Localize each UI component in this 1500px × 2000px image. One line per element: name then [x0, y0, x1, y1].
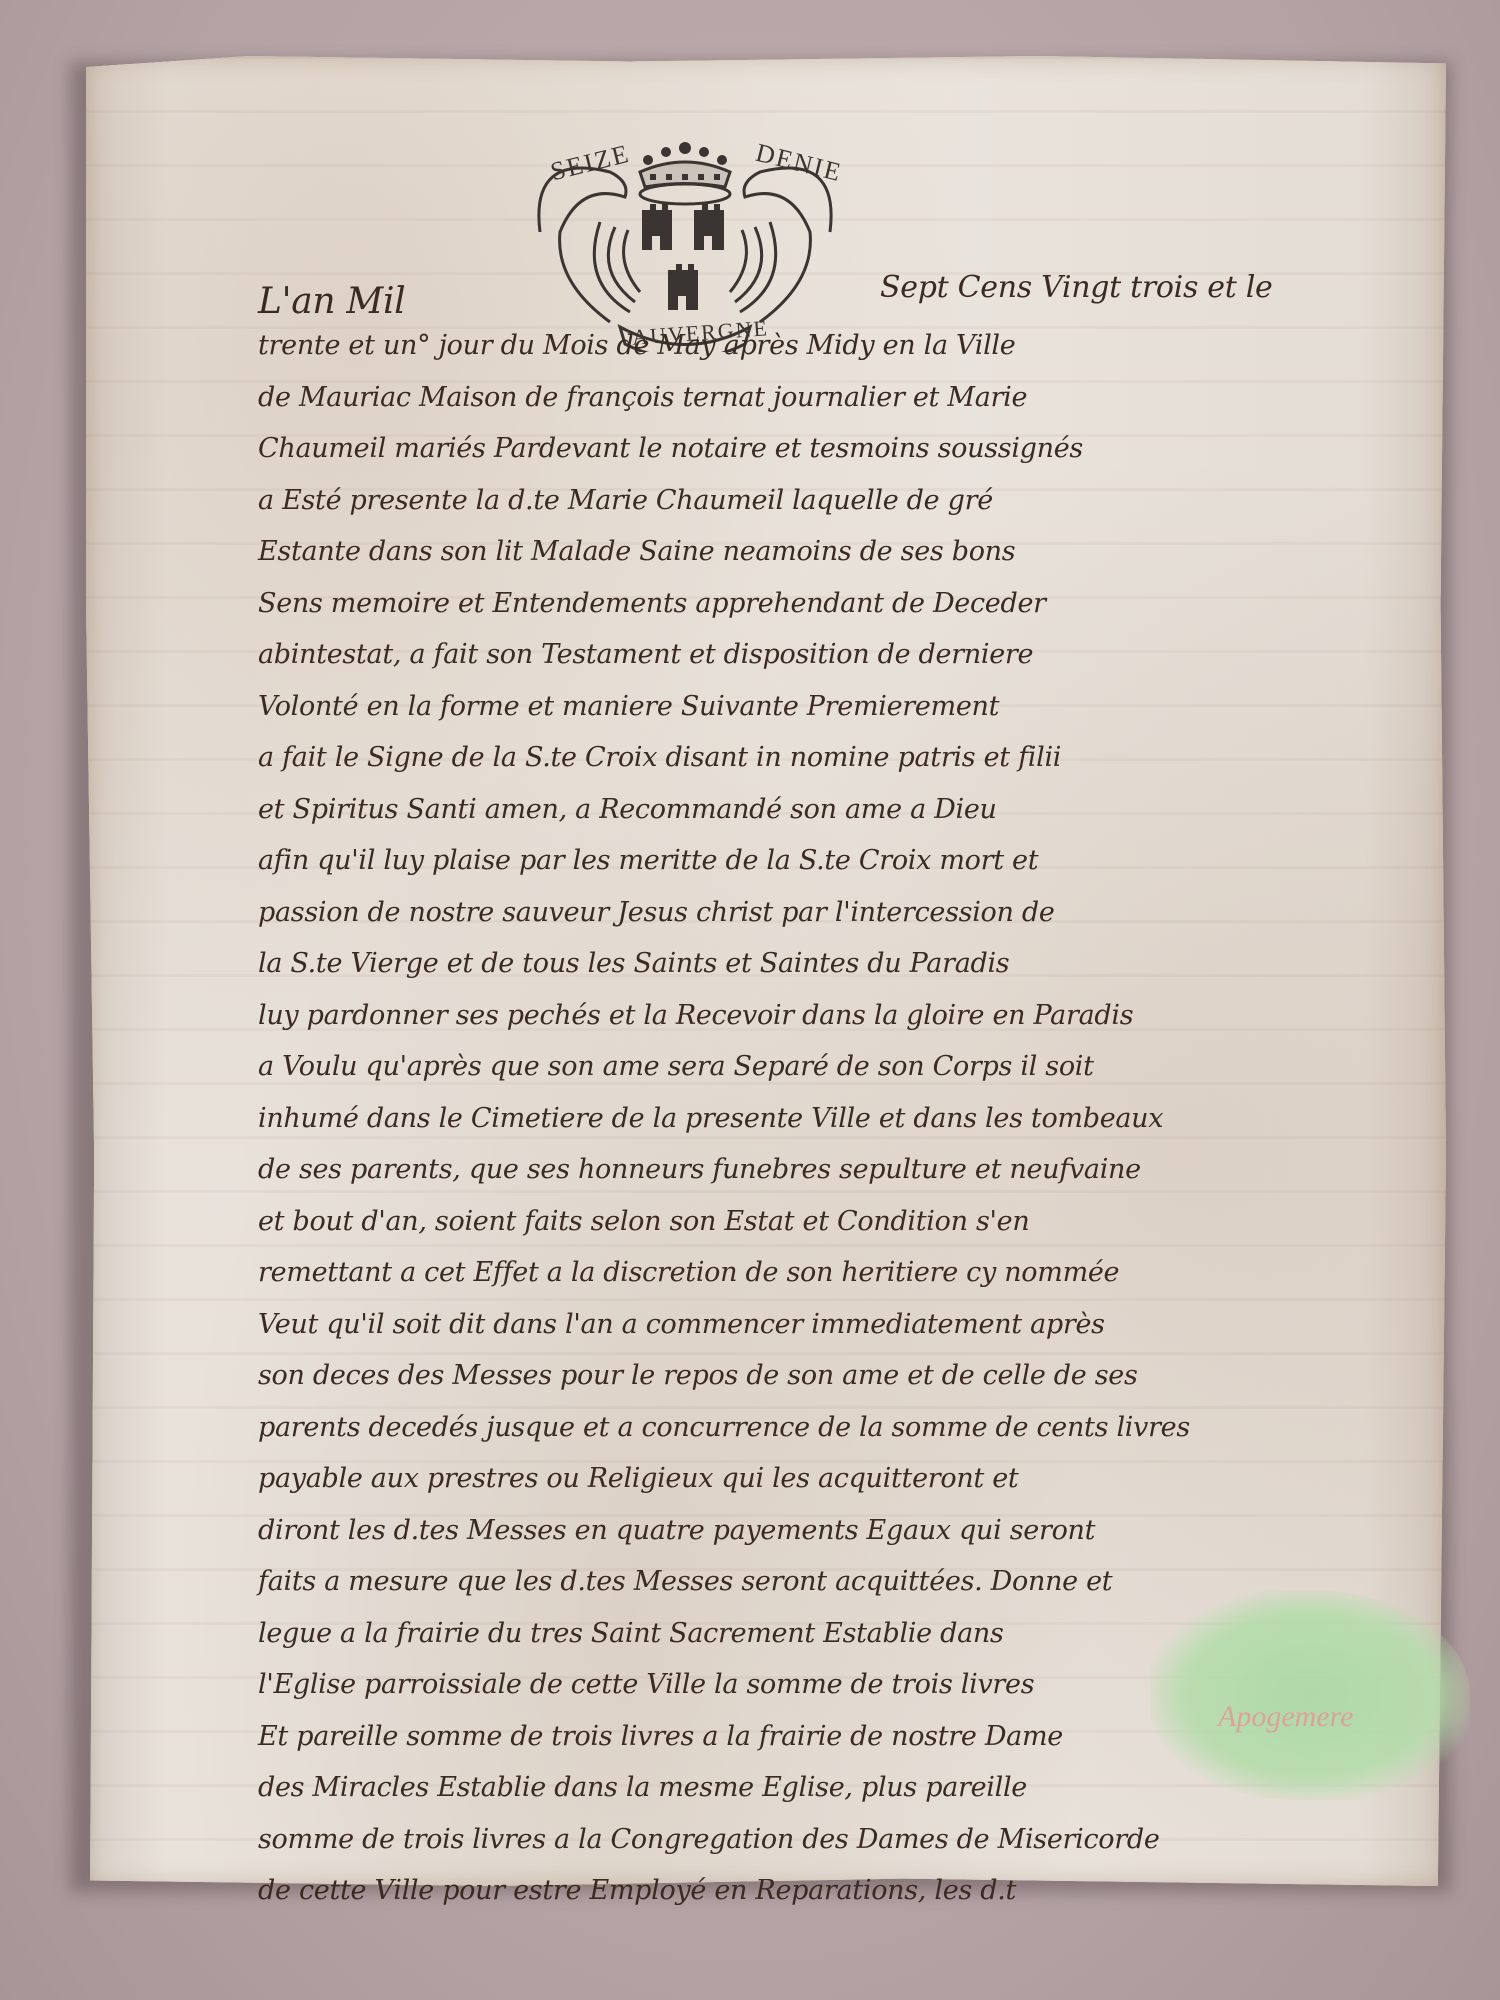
text-line: somme de trois livres a la Congregation …	[258, 1814, 1418, 1866]
heading-right: Sept Cens Vingt trois et le	[880, 262, 1273, 314]
text-line: abintestat, a fait son Testament et disp…	[258, 629, 1418, 681]
watermark-blob	[1150, 1590, 1470, 1800]
text-line: son deces des Messes pour le repos de so…	[258, 1350, 1418, 1402]
text-line: Estante dans son lit Malade Saine neamoi…	[258, 526, 1418, 578]
text-line: payable aux prestres ou Religieux qui le…	[258, 1453, 1418, 1505]
tax-stamp: SEIZE DENIE AUVERGNE	[520, 112, 850, 352]
text-line: trente et un° jour du Mois de May après …	[258, 320, 1418, 372]
text-line: Chaumeil mariés Pardevant le notaire et …	[258, 423, 1418, 475]
text-line: passion de nostre sauveur Jesus christ p…	[258, 887, 1418, 939]
text-line: de ses parents, que ses honneurs funebre…	[258, 1144, 1418, 1196]
text-line: et Spiritus Santi amen, a Recommandé son…	[258, 784, 1418, 836]
text-line: Sens memoire et Entendements apprehendan…	[258, 578, 1418, 630]
text-line: parents decedés jusque et a concurrence …	[258, 1402, 1418, 1454]
text-line: Veut qu'il soit dit dans l'an a commence…	[258, 1299, 1418, 1351]
text-line: Volonté en la forme et maniere Suivante …	[258, 681, 1418, 733]
text-line: luy pardonner ses pechés et la Recevoir …	[258, 990, 1418, 1042]
text-line: la S.te Vierge et de tous les Saints et …	[258, 938, 1418, 990]
text-line: diront les d.tes Messes en quatre payeme…	[258, 1505, 1418, 1557]
watermark-text: Apogemere	[1218, 1700, 1354, 1734]
text-line: remettant a cet Effet a la discretion de…	[258, 1247, 1418, 1299]
text-line: afin qu'il luy plaise par les meritte de…	[258, 835, 1418, 887]
text-line: de cette Ville pour estre Employé en Rep…	[258, 1865, 1418, 1917]
text-line: et bout d'an, soient faits selon son Est…	[258, 1196, 1418, 1248]
text-line: a Esté presente la d.te Marie Chaumeil l…	[258, 475, 1418, 527]
text-line: a Voulu qu'après que son ame sera Separé…	[258, 1041, 1418, 1093]
text-line: de Mauriac Maison de françois ternat jou…	[258, 372, 1418, 424]
text-line: inhumé dans le Cimetiere de la presente …	[258, 1093, 1418, 1145]
text-line: a fait le Signe de la S.te Croix disant …	[258, 732, 1418, 784]
